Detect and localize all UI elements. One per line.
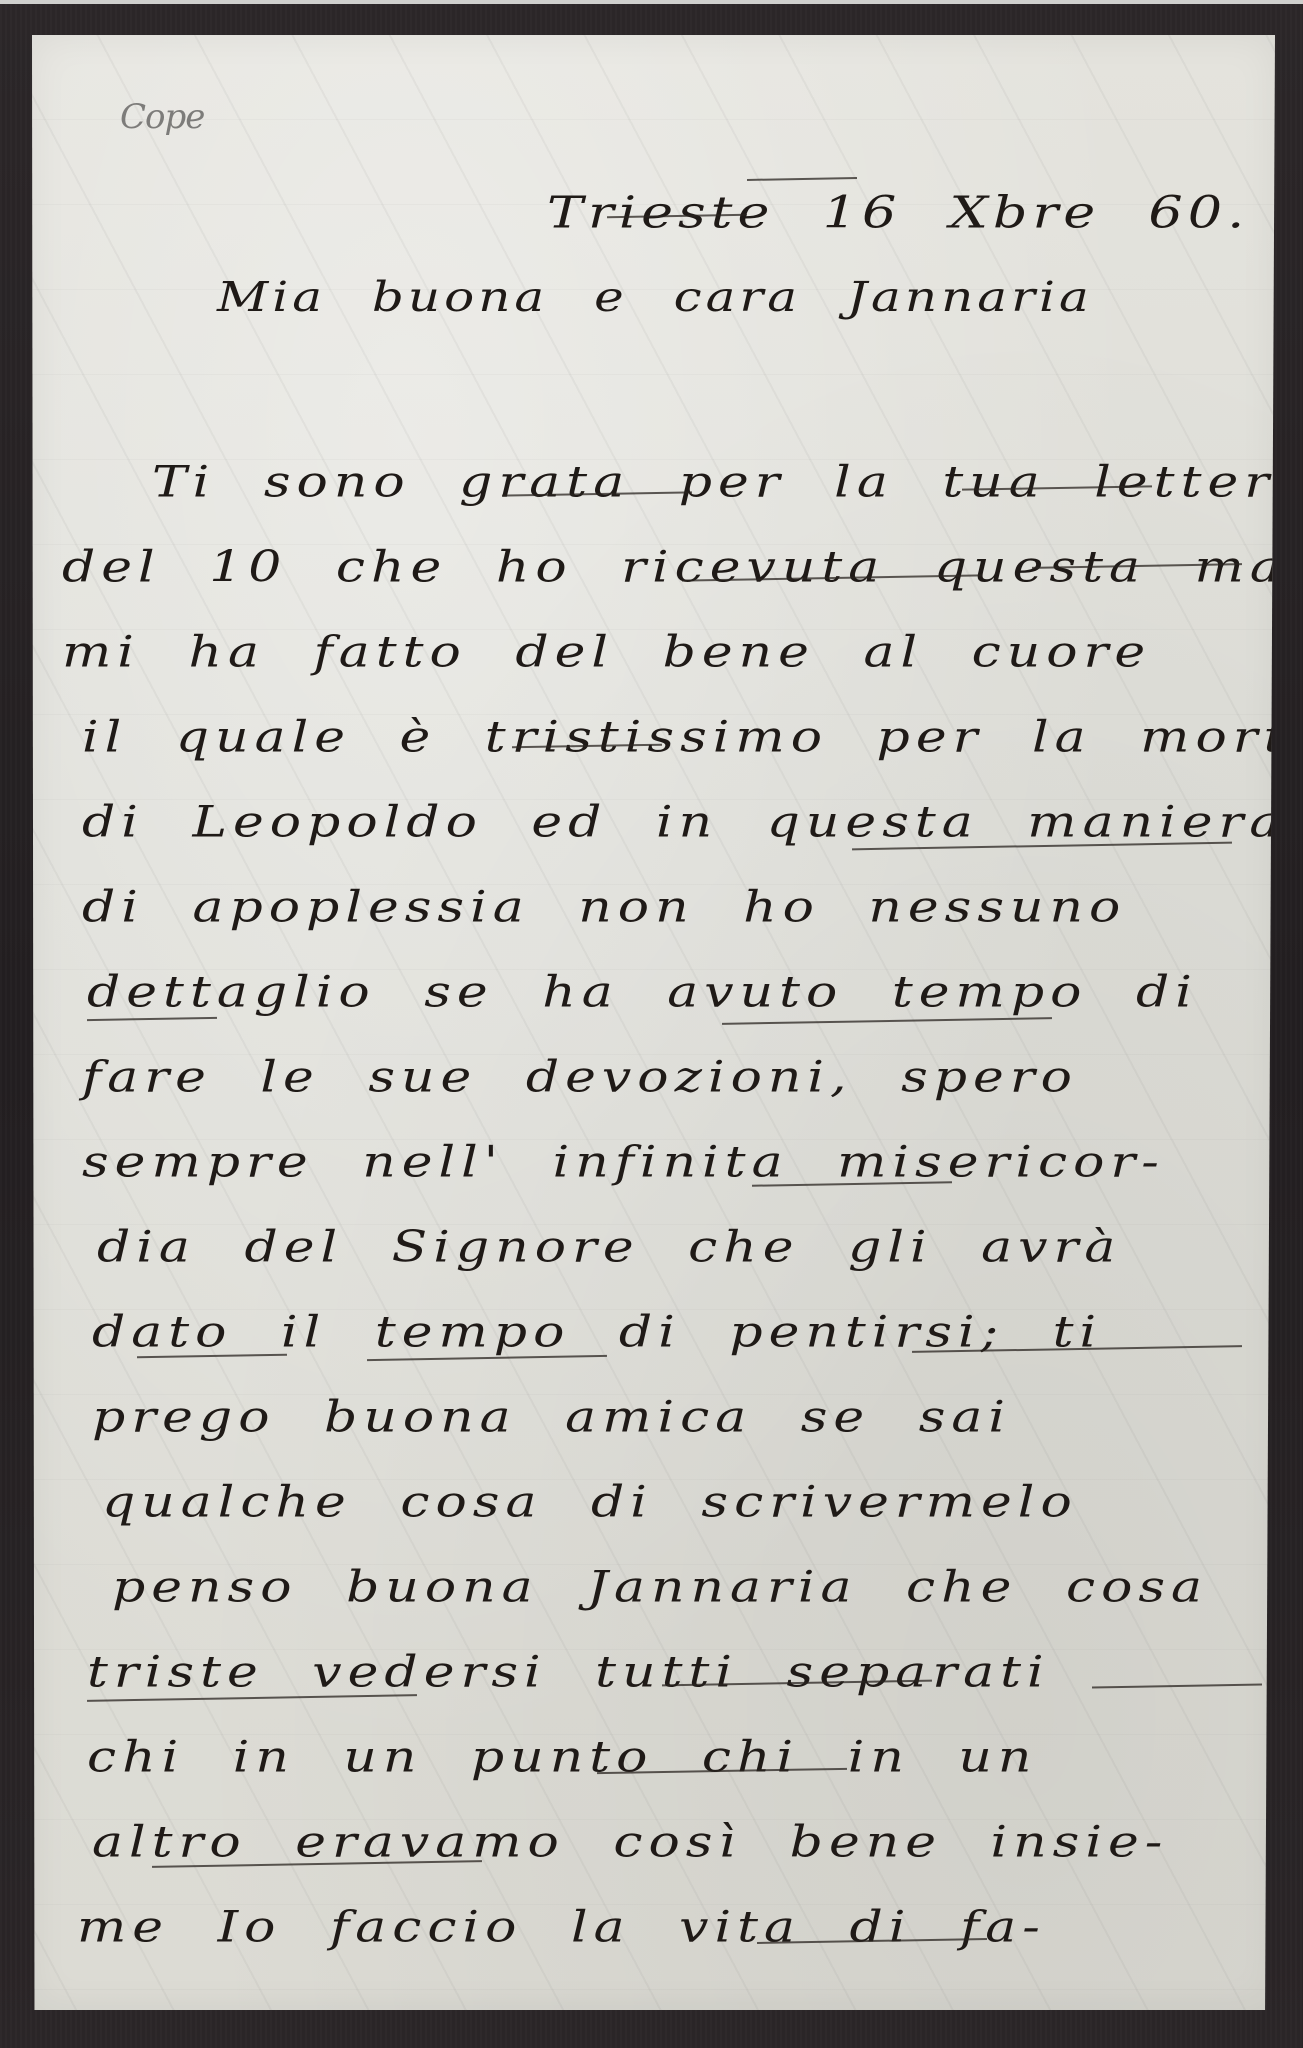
flourish-stroke — [87, 1017, 217, 1021]
body-line-16: chi in un punto chi in un — [87, 1733, 1037, 1782]
body-line-14: penso buona Jannaria che cosa — [112, 1563, 1208, 1612]
flourish-stroke — [747, 177, 857, 181]
body-line-4: il quale è tristissimo per la morte — [82, 713, 1303, 762]
body-line-5: di Leopoldo ed in questa maniera — [82, 798, 1286, 847]
body-line-3: mi ha fatto del bene al cuore — [62, 628, 1151, 677]
body-line-10: dia del Signore che gli avrà — [97, 1223, 1121, 1272]
flourish-stroke — [1092, 1684, 1262, 1689]
body-line-18: me Io faccio la vita di fa- — [77, 1903, 1046, 1952]
body-line-9: sempre nell' infinita misericor- — [82, 1138, 1165, 1187]
body-line-6: di apoplessia non ho nessuno — [82, 883, 1126, 932]
body-line-12: prego buona amica se sai — [92, 1393, 1011, 1442]
pencil-annotation: Cope — [120, 97, 204, 137]
flourish-stroke — [722, 1017, 1052, 1025]
body-line-13: qualche cosa di scrivermelo — [102, 1478, 1078, 1527]
body-line-17: altro eravamo così bene insie- — [92, 1818, 1168, 1867]
ruled-lines — [32, 35, 1275, 2010]
letter-page: Cope Trieste 16 Xbre 60. Mia buona e car… — [32, 35, 1275, 2010]
bleed-through-texture — [32, 35, 1275, 2010]
body-line-8: fare le sue devozioni, spero — [82, 1053, 1078, 1102]
body-line-1: Ti sono grata per la tua lettera — [152, 458, 1303, 507]
date-line: Trieste 16 Xbre 60. — [547, 186, 1249, 238]
body-line-15: triste vedersi tutti separati — [87, 1648, 1050, 1697]
body-line-7: dettaglio se ha avuto tempo di — [87, 968, 1198, 1017]
salutation: Mia buona e cara Jannaria — [217, 273, 1093, 321]
body-line-2: del 10 che ho ricevuta questa mattina — [62, 543, 1303, 592]
frame-top-edge — [0, 0, 1303, 4]
